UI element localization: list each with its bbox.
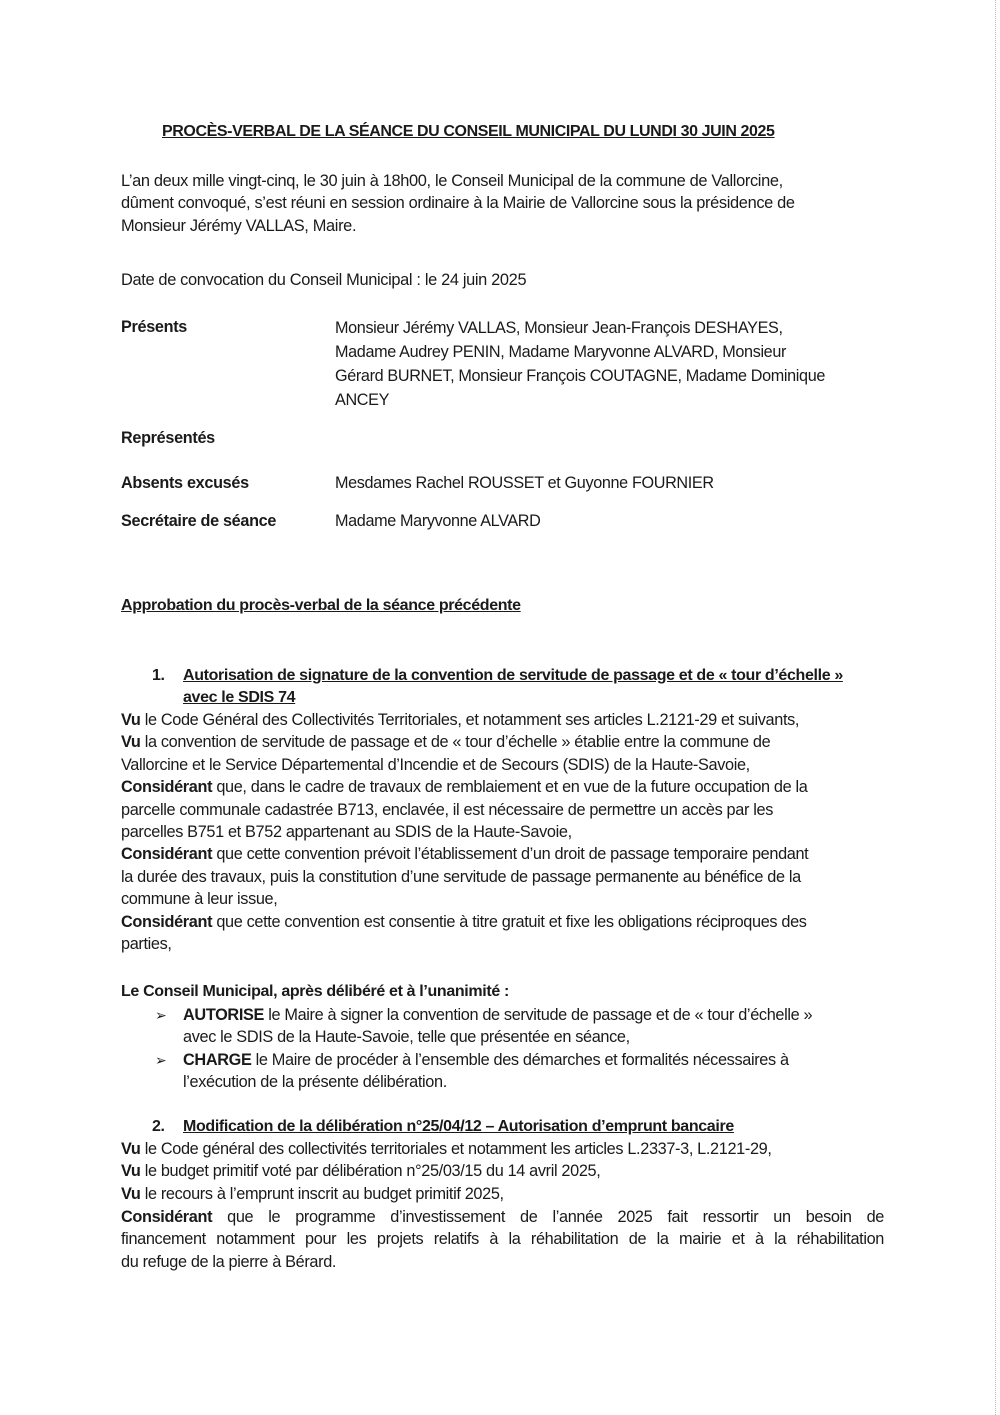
- approval-heading: Approbation du procès-verbal de la séanc…: [121, 597, 521, 615]
- consideration-text: le Code Général des Collectivités Territ…: [141, 711, 800, 729]
- decision-line: avec le SDIS de la Haute-Savoie, telle q…: [183, 1026, 812, 1048]
- intro-paragraph: L’an deux mille vingt-cinq, le 30 juin à…: [121, 170, 795, 237]
- presents-label: Présents: [121, 318, 187, 337]
- consideration-line: financement notamment pour les projets r…: [121, 1228, 884, 1250]
- consideration-line: Considérant que le programme d’investiss…: [121, 1206, 884, 1228]
- absents-value: Mesdames Rachel ROUSSET et Guyonne FOURN…: [335, 471, 714, 495]
- consideration-line: Vu le budget primitif voté par délibérat…: [121, 1160, 772, 1182]
- decision-line: l’exécution de la présente délibération.: [183, 1071, 812, 1093]
- presents-line: ANCEY: [335, 388, 825, 412]
- consideration-lead: Vu: [121, 1185, 141, 1203]
- item1-considerations: Vu le Code Général des Collectivités Ter…: [121, 709, 808, 955]
- consideration-text: financement notamment pour les projets r…: [121, 1230, 884, 1248]
- consideration-text: commune à leur issue,: [121, 890, 277, 908]
- presents-line: Monsieur Jérémy VALLAS, Monsieur Jean-Fr…: [335, 316, 825, 340]
- consideration-lead: Considérant: [121, 913, 212, 931]
- consideration-lead: Vu: [121, 733, 141, 751]
- consideration-line: la durée des travaux, puis la constituti…: [121, 866, 808, 888]
- decision-text: le Maire de procéder à l’ensemble des dé…: [251, 1051, 788, 1069]
- consideration-text: que le programme d’investissement de l’a…: [212, 1208, 884, 1226]
- absents-label: Absents excusés: [121, 474, 249, 493]
- consideration-line: du refuge de la pierre à Bérard.: [121, 1251, 884, 1273]
- intro-line: L’an deux mille vingt-cinq, le 30 juin à…: [121, 170, 795, 192]
- decision-verb: AUTORISE: [183, 1006, 264, 1024]
- page-title: PROCÈS-VERBAL DE LA SÉANCE DU CONSEIL MU…: [162, 121, 775, 143]
- consideration-text: du refuge de la pierre à Bérard.: [121, 1253, 336, 1271]
- item1-heading: 1. Autorisation de signature de la conve…: [152, 665, 892, 709]
- consideration-text: parcelle communale cadastrée B713, encla…: [121, 801, 773, 819]
- item2-heading: 2. Modification de la délibération n°25/…: [152, 1116, 892, 1138]
- item1-decision-heading: Le Conseil Municipal, après délibéré et …: [121, 983, 509, 1001]
- convocation-date: Date de convocation du Conseil Municipal…: [121, 269, 526, 291]
- decision-item: ➢ CHARGE le Maire de procéder à l’ensemb…: [155, 1049, 812, 1094]
- consideration-line: parcelle communale cadastrée B713, encla…: [121, 799, 808, 821]
- representes-label: Représentés: [121, 429, 215, 448]
- consideration-lead: Vu: [121, 1140, 141, 1158]
- item1-number: 1.: [152, 665, 165, 687]
- consideration-lead: Considérant: [121, 778, 212, 796]
- decision-line: AUTORISE le Maire à signer la convention…: [183, 1004, 812, 1026]
- item1-decisions: ➢ AUTORISE le Maire à signer la conventi…: [155, 1004, 812, 1094]
- consideration-text: la durée des travaux, puis la constituti…: [121, 868, 801, 886]
- consideration-line: Vallorcine et le Service Départemental d…: [121, 754, 808, 776]
- decision-verb: CHARGE: [183, 1051, 251, 1069]
- consideration-line: Vu le Code Général des Collectivités Ter…: [121, 709, 808, 731]
- item2-justified: Considérant que le programme d’investiss…: [121, 1206, 884, 1273]
- secretaire-value: Madame Maryvonne ALVARD: [335, 509, 540, 533]
- consideration-lead: Considérant: [121, 845, 212, 863]
- presents-line: Madame Audrey PENIN, Madame Maryvonne AL…: [335, 340, 825, 364]
- consideration-line: Considérant que cette convention prévoit…: [121, 843, 808, 865]
- consideration-text: le budget primitif voté par délibération…: [141, 1162, 601, 1180]
- item2-number: 2.: [152, 1116, 165, 1138]
- item2-considerations: Vu le Code général des collectivités ter…: [121, 1138, 772, 1205]
- consideration-text: le recours à l’emprunt inscrit au budget…: [141, 1185, 504, 1203]
- secretaire-label: Secrétaire de séance: [121, 512, 276, 531]
- consideration-text: parcelles B751 et B752 appartenant au SD…: [121, 823, 572, 841]
- intro-line: Monsieur Jérémy VALLAS, Maire.: [121, 215, 795, 237]
- consideration-line: parcelles B751 et B752 appartenant au SD…: [121, 821, 808, 843]
- consideration-text: que, dans le cadre de travaux de remblai…: [212, 778, 807, 796]
- presents-value: Monsieur Jérémy VALLAS, Monsieur Jean-Fr…: [335, 316, 825, 412]
- decision-line: CHARGE le Maire de procéder à l’ensemble…: [183, 1049, 812, 1071]
- consideration-text: le Code général des collectivités territ…: [141, 1140, 772, 1158]
- item1-heading-line: Autorisation de signature de la conventi…: [183, 665, 843, 687]
- consideration-line: Considérant que cette convention est con…: [121, 911, 808, 933]
- consideration-line: commune à leur issue,: [121, 888, 808, 910]
- consideration-line: Vu le Code général des collectivités ter…: [121, 1138, 772, 1160]
- presents-line: Gérard BURNET, Monsieur François COUTAGN…: [335, 364, 825, 388]
- decision-text: le Maire à signer la convention de servi…: [264, 1006, 812, 1024]
- arrow-bullet-icon: ➢: [155, 1004, 166, 1026]
- consideration-text: la convention de servitude de passage et…: [141, 733, 771, 751]
- consideration-lead: Vu: [121, 711, 141, 729]
- item2-heading-text: Modification de la délibération n°25/04/…: [183, 1116, 734, 1138]
- intro-line: dûment convoqué, s’est réuni en session …: [121, 192, 795, 214]
- consideration-text: que cette convention prévoit l’établisse…: [212, 845, 808, 863]
- document-page: PROCÈS-VERBAL DE LA SÉANCE DU CONSEIL MU…: [0, 0, 1000, 1415]
- consideration-text: parties,: [121, 935, 172, 953]
- consideration-text: Vallorcine et le Service Départemental d…: [121, 756, 750, 774]
- consideration-line: Vu la convention de servitude de passage…: [121, 731, 808, 753]
- item1-heading-line: avec le SDIS 74: [183, 687, 295, 709]
- arrow-bullet-icon: ➢: [155, 1049, 166, 1071]
- consideration-lead: Considérant: [121, 1208, 212, 1226]
- consideration-line: Vu le recours à l’emprunt inscrit au bud…: [121, 1183, 772, 1205]
- consideration-line: parties,: [121, 933, 808, 955]
- scan-edge-line: [995, 0, 997, 1415]
- consideration-lead: Vu: [121, 1162, 141, 1180]
- decision-item: ➢ AUTORISE le Maire à signer la conventi…: [155, 1004, 812, 1049]
- consideration-text: que cette convention est consentie à tit…: [212, 913, 806, 931]
- consideration-line: Considérant que, dans le cadre de travau…: [121, 776, 808, 798]
